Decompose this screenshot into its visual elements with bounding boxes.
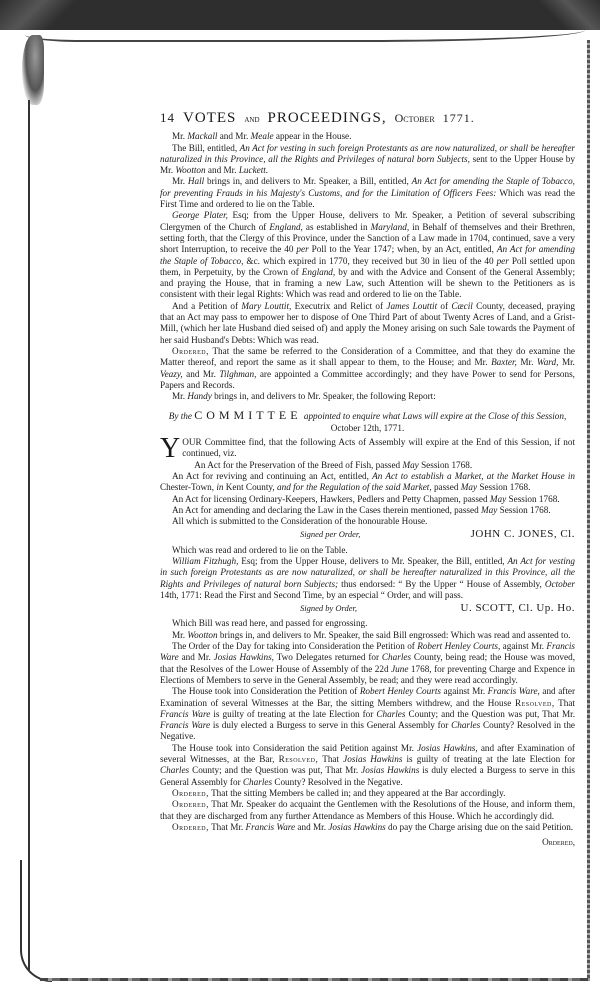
page-edge-bottom: [40, 978, 590, 981]
proceedings-block-1: Mr. Mackall and Mr. Meale appear in the …: [160, 131, 575, 402]
catchword: Ordered,: [160, 837, 575, 848]
title-votes: VOTES: [183, 113, 236, 124]
page-curl-left: [22, 35, 44, 105]
committee-heading-title: COMMITTEE: [194, 408, 301, 422]
page-number: 14: [160, 112, 175, 123]
title-and: and: [244, 114, 259, 125]
page-torn-edge-top: [25, 30, 585, 42]
page-edge-right: [587, 40, 590, 980]
paragraph-q1: Which was read and ordered to lie on the…: [160, 545, 575, 556]
paragraph-r5: The House took into Consideration the sa…: [160, 743, 575, 788]
running-head: 14 VOTES and PROCEEDINGS, October 1771.: [160, 112, 575, 125]
scan-corner-left: [0, 0, 80, 30]
page-edge-left-lower: [20, 860, 52, 982]
signed-by-order: Signed by Order,: [300, 603, 357, 614]
title-year: 1771.: [443, 113, 475, 124]
paragraph-r4: The House took into Consideration the Pe…: [160, 686, 575, 742]
paragraph-r7: Ordered, That Mr. Speaker do acquaint th…: [160, 799, 575, 822]
title-month: October: [395, 113, 435, 124]
paragraph-p1: Mr. Mackall and Mr. Meale appear in the …: [160, 131, 575, 142]
clerk-name: JOHN C. JONES, Cl.: [471, 529, 575, 540]
committee-intro-text: OUR Committee find, that the following A…: [182, 437, 575, 458]
paragraph-p4: George Plater, Esq; from the Upper House…: [160, 210, 575, 300]
paragraph-r1: Which Bill was read here, and passed for…: [160, 618, 575, 629]
drop-cap: Y: [160, 438, 180, 460]
page-edge-left: [28, 100, 30, 970]
paragraph-a5: All which is submitted to the Considerat…: [160, 516, 575, 527]
committee-heading-prefix: By the: [169, 411, 192, 421]
paragraph-a4: An Act for amending and declaring the La…: [160, 505, 575, 516]
expiring-acts-list: An Act for the Preservation of the Breed…: [160, 460, 575, 528]
committee-date: October 12th, 1771.: [160, 423, 575, 434]
document-page: 14 VOTES and PROCEEDINGS, October 1771. …: [160, 112, 575, 848]
scan-corner-right: [540, 0, 600, 30]
signed-per-order: Signed per Order,: [300, 529, 360, 540]
paragraph-p6: Ordered, That the same be referred to th…: [160, 346, 575, 391]
paragraph-p2: The Bill, entitled, An Act for vesting i…: [160, 143, 575, 177]
committee-intro: YOUR Committee find, that the following …: [160, 437, 575, 460]
paragraph-r8: Ordered, That Mr. Francis Ware and Mr. J…: [160, 822, 575, 833]
paragraph-p5: And a Petition of Mary Louttit, Executri…: [160, 301, 575, 346]
proceedings-block-3: Which Bill was read here, and passed for…: [160, 618, 575, 833]
paragraph-r3: The Order of the Day for taking into Con…: [160, 641, 575, 686]
paragraph-r6: Ordered, That the sitting Members be cal…: [160, 788, 575, 799]
committee-signature: Signed per Order, JOHN C. JONES, Cl.: [160, 529, 575, 540]
title-proceedings: PROCEEDINGS,: [268, 113, 387, 124]
upper-house-clerk-name: U. SCOTT, Cl. Up. Ho.: [461, 603, 576, 614]
paragraph-q2: William Fitzhugh, Esq; from the Upper Ho…: [160, 556, 575, 601]
committee-heading: By the COMMITTEE appointed to enquire wh…: [160, 410, 575, 422]
paragraph-p7: Mr. Handy brings in, and delivers to Mr.…: [160, 391, 575, 402]
scan-top-border: [0, 0, 600, 30]
committee-heading-suffix: appointed to enquire what Laws will expi…: [304, 411, 566, 421]
proceedings-block-2: Which was read and ordered to lie on the…: [160, 545, 575, 601]
paragraph-a1: An Act for the Preservation of the Breed…: [160, 460, 575, 471]
paragraph-r2: Mr. Wootton brings in, and delivers to M…: [160, 630, 575, 641]
paragraph-a3: An Act for licensing Ordinary-Keepers, H…: [160, 494, 575, 505]
paragraph-p3: Mr. Hall brings in, and delivers to Mr. …: [160, 176, 575, 210]
paragraph-a2: An Act for reviving and continuing an Ac…: [160, 471, 575, 494]
upper-house-signature: Signed by Order, U. SCOTT, Cl. Up. Ho.: [160, 603, 575, 614]
